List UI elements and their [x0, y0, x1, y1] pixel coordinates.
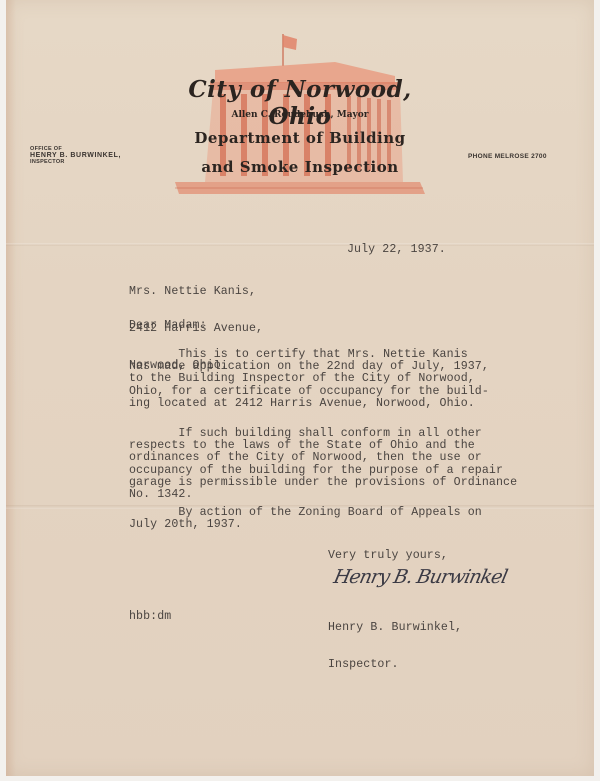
- salutation: Dear Madam:: [129, 320, 207, 332]
- office-block: OFFICE OF HENRY B. BURWINKEL, INSPECTOR: [30, 146, 121, 165]
- signer-title: Inspector.: [328, 659, 462, 671]
- fold-crease-upper: [6, 243, 594, 246]
- body-paragraph-2: If such building shall conform in all ot…: [129, 428, 517, 501]
- paper-edge: [6, 0, 16, 776]
- department-line-1: Department of Building: [175, 129, 425, 147]
- inspector-title-header: INSPECTOR: [30, 159, 121, 165]
- signature-block: Henry B. Burwinkel, Inspector.: [328, 598, 462, 683]
- signer-name: Henry B. Burwinkel,: [328, 622, 462, 634]
- mayor-line: Allen C. Roudebush, Mayor: [175, 110, 425, 120]
- body-paragraph-1: This is to certify that Mrs. Nettie Kani…: [129, 349, 489, 410]
- reference-initials: hbb:dm: [129, 611, 171, 623]
- department-line-2: and Smoke Inspection: [175, 158, 425, 176]
- handwritten-signature: Henry B. Burwinkel: [332, 566, 509, 588]
- city-name-heading: City of Norwood, Ohio: [167, 76, 433, 130]
- recipient-name: Mrs. Nettie Kanis,: [129, 286, 263, 298]
- closing: Very truly yours,: [328, 550, 448, 562]
- letterhead: City of Norwood, Ohio Allen C. Roudebush…: [175, 32, 425, 197]
- body-paragraph-3: By action of the Zoning Board of Appeals…: [129, 507, 482, 531]
- inspector-name-header: HENRY B. BURWINKEL,: [30, 152, 121, 159]
- phone-number: PHONE MELROSE 2700: [468, 153, 547, 160]
- letter-date: July 22, 1937.: [347, 244, 446, 256]
